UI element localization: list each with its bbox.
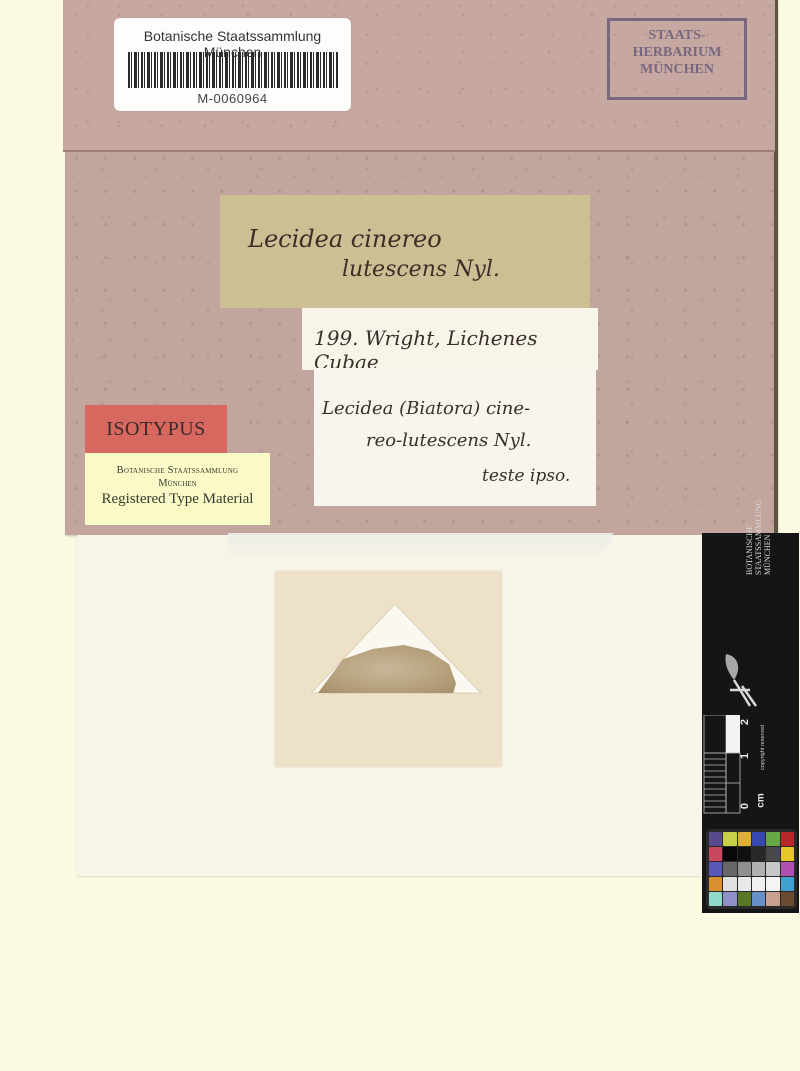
color-chip <box>781 892 794 906</box>
collection-label: 199. Wright, Lichenes Cubae <box>302 308 598 370</box>
herbarium-stamp: STAATS- HERBARIUM MÜNCHEN <box>607 18 747 100</box>
ruler-label-2: 2 <box>739 719 751 725</box>
type-institution: Botanische Staatssammlung <box>85 465 270 476</box>
color-chip <box>781 847 794 861</box>
color-chip <box>723 832 736 846</box>
original-line: Lecidea (Biatora) cine- <box>322 398 530 419</box>
color-chip <box>709 892 722 906</box>
tissue-paper <box>228 533 613 555</box>
color-chip <box>709 832 722 846</box>
ruler-unit: cm <box>756 793 767 807</box>
color-chip <box>752 847 765 861</box>
determination-line: Lecidea cinereo <box>248 225 442 253</box>
determination-label: Lecidea cinereo lutescens Nyl. <box>220 195 590 308</box>
collection-text: 199. Wright, Lichenes Cubae <box>314 326 598 374</box>
color-chip <box>781 832 794 846</box>
color-chip <box>709 877 722 891</box>
type-city: München <box>85 478 270 489</box>
color-chip <box>723 862 736 876</box>
isotypus-tag: ISOTYPUS <box>85 405 227 454</box>
color-chip <box>723 892 736 906</box>
color-chip <box>723 877 736 891</box>
logo-line: MÜNCHEN <box>763 500 772 575</box>
ruler-label-0: 0 <box>739 803 751 809</box>
color-chip <box>781 862 794 876</box>
original-line: teste ipso. <box>482 466 570 486</box>
original-label: Lecidea (Biatora) cine- reo-lutescens Ny… <box>314 368 596 506</box>
original-line: reo-lutescens Nyl. <box>366 430 531 451</box>
copyright-notice: copyright reserved <box>760 725 766 770</box>
ruler-label-1: 1 <box>739 753 751 759</box>
determination-line: lutescens Nyl. <box>342 257 500 282</box>
color-chip <box>752 892 765 906</box>
color-chip <box>738 877 751 891</box>
stamp-line: MÜNCHEN <box>610 61 744 78</box>
color-chip <box>781 877 794 891</box>
stamp-line: HERBARIUM <box>610 44 744 61</box>
type-material-label: Botanische Staatssammlung München Regist… <box>85 453 270 525</box>
color-chip <box>766 877 779 891</box>
color-chip <box>709 847 722 861</box>
color-chip <box>766 862 779 876</box>
color-chip <box>752 877 765 891</box>
logo-line: STAATSSAMMLUNG <box>754 500 763 575</box>
color-chip <box>766 847 779 861</box>
barcode-icon <box>128 52 338 88</box>
color-chip <box>766 892 779 906</box>
color-chip <box>738 862 751 876</box>
color-chip <box>752 862 765 876</box>
color-chip <box>709 862 722 876</box>
type-registered: Registered Type Material <box>85 491 270 508</box>
logo-line: BOTANISCHE <box>745 500 754 575</box>
color-chip <box>738 847 751 861</box>
color-chip <box>738 832 751 846</box>
color-chip <box>738 892 751 906</box>
cm-ruler <box>703 715 741 815</box>
color-chip <box>766 832 779 846</box>
leaf-logo-icon <box>720 650 760 710</box>
institution-logo-text: BOTANISCHE STAATSSAMMLUNG MÜNCHEN <box>745 500 772 575</box>
barcode-id: M-0060964 <box>114 91 351 106</box>
barcode-label: Botanische Staatssammlung München M-0060… <box>114 18 351 111</box>
color-checker <box>706 829 797 909</box>
color-chip <box>752 832 765 846</box>
color-chip <box>723 847 736 861</box>
stamp-line: STAATS- <box>610 27 744 44</box>
